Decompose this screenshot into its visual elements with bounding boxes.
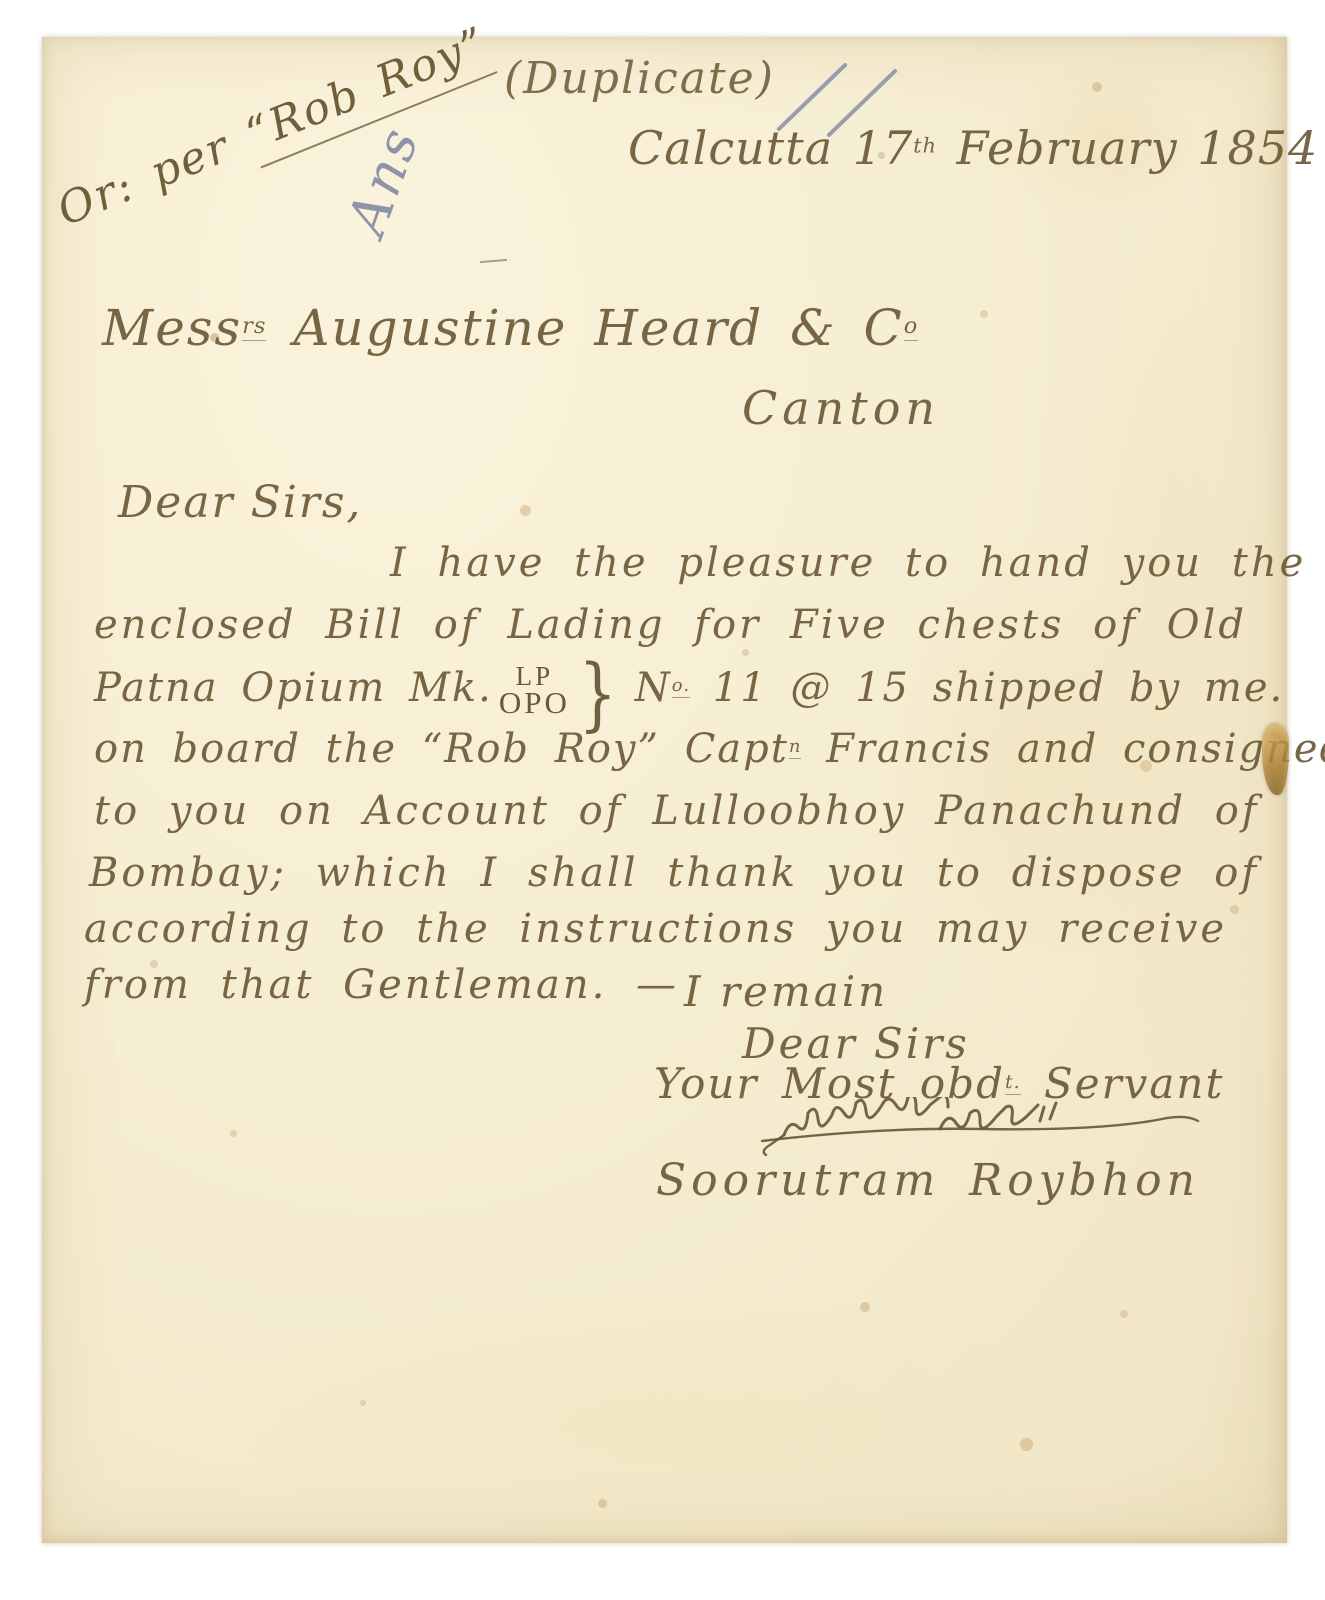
foxing-spot [1230, 905, 1239, 914]
dateline-month-year: February 1854 [937, 121, 1318, 175]
closing-i-remain: I remain [684, 967, 888, 1016]
foxing-spot [520, 505, 531, 516]
duplicate-heading: (Duplicate) [504, 53, 775, 104]
paper-stain [222, 1297, 1082, 1547]
body-line-1: I have the pleasure to hand you the [390, 540, 1306, 586]
chest-mark-bottom: OPO [499, 689, 570, 718]
recipient-prefix-superscript: rs [242, 313, 266, 341]
foxing-spot [1020, 1438, 1033, 1451]
dateline: Calcutta 17th February 1854 [628, 121, 1318, 175]
foxing-spot [230, 1130, 237, 1137]
body-line-4-text: on board the “Rob Roy” Capt [94, 726, 789, 772]
body-line-3-rest: 11 @ 15 shipped by me. [690, 665, 1284, 711]
wax-seal-remnant [1262, 723, 1289, 795]
body-line-2: enclosed Bill of Lading for Five chests … [94, 602, 1247, 648]
chest-number-n: N [635, 665, 672, 711]
foxing-spot [1092, 82, 1102, 92]
body-line-3: Patna Opium Mk.LPOPO}No. 11 @ 15 shipped… [94, 664, 1284, 717]
body-line-3-text: Patna Opium Mk. [94, 665, 493, 711]
body-line-4: on board the “Rob Roy” Captn Francis and… [94, 726, 1325, 772]
dateline-ordinal: th [913, 134, 937, 158]
body-line-5: to you on Account of Lulloobhoy Panachun… [94, 788, 1260, 834]
dateline-place-day: Calcutta 17 [628, 121, 913, 175]
opium-chest-mark: LPOPO [499, 664, 570, 717]
native-script-signature [732, 1097, 1202, 1161]
recipient-name: Augustine Heard & C [266, 299, 903, 357]
salutation: Dear Sirs, [118, 477, 362, 528]
captain-superscript: n [789, 736, 802, 759]
routing-endorsement: Or: per “Rob Roy” [50, 17, 494, 236]
section-dash [480, 259, 507, 263]
recipient-name-superscript: o [904, 313, 919, 341]
letter-paper: Or: per “Rob Roy” Ans (Duplicate) Calcut… [42, 37, 1287, 1543]
body-line-4-rest: Francis and consigned [801, 726, 1325, 772]
signatory-name: Soorutram Roybhon [656, 1155, 1200, 1206]
answered-pencil-note: Ans [335, 118, 432, 243]
body-line-8: from that Gentleman. — [84, 962, 679, 1008]
body-line-6: Bombay; which I shall thank you to dispo… [89, 850, 1259, 896]
foxing-spot [980, 310, 988, 318]
scan-background: { "colors": { "paper": "#f6eed2", "ink":… [0, 0, 1325, 1600]
recipient-city: Canton [742, 381, 940, 435]
foxing-spot [1120, 1310, 1128, 1318]
recipient-prefix: Mess [102, 299, 242, 357]
foxing-spot [742, 649, 749, 656]
foxing-spot [598, 1499, 607, 1508]
foxing-spot [360, 1400, 366, 1406]
foxing-spot [860, 1302, 870, 1312]
recipient-name-line: Messrs Augustine Heard & Co [102, 299, 918, 357]
routing-endorsement-text: Or: per [50, 113, 257, 236]
body-line-7: according to the instructions you may re… [84, 906, 1227, 952]
chest-number-superscript: o. [672, 675, 690, 698]
obedient-superscript: t. [1005, 1071, 1021, 1095]
